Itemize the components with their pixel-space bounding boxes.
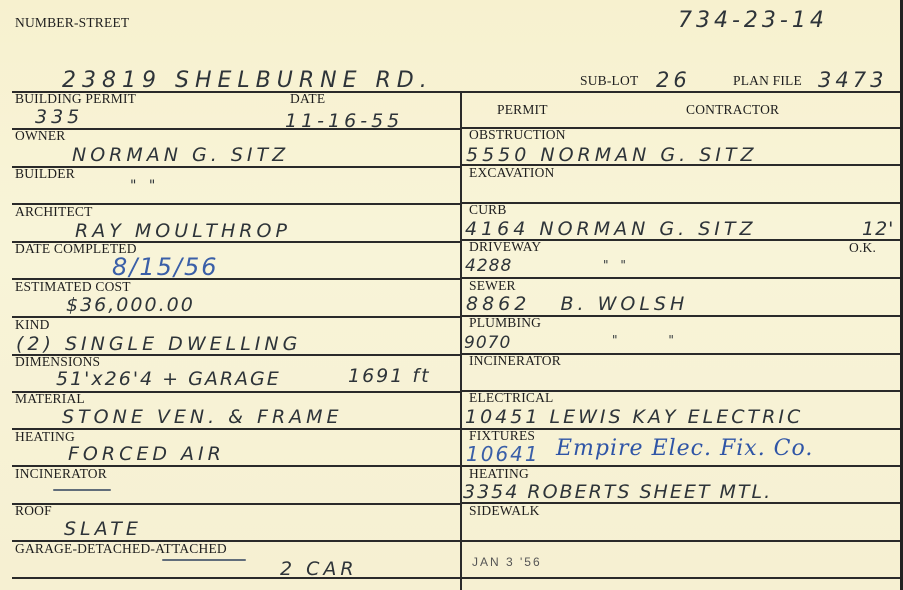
curb-label: CURB xyxy=(469,202,507,218)
electrical-label: ELECTRICAL xyxy=(469,390,554,406)
divider xyxy=(460,277,903,279)
kind-value: (2) SINGLE DWELLING xyxy=(16,333,301,355)
divider xyxy=(12,166,460,168)
divider xyxy=(12,91,903,93)
divider xyxy=(460,202,903,204)
building-permit-value: 335 xyxy=(35,106,83,128)
heating-permit-value: 3354 ROBERTS SHEET MTL. xyxy=(463,481,772,503)
building-permit-label: BUILDING PERMIT xyxy=(15,91,136,107)
sewer-value: 8862 B. WOLSH xyxy=(466,293,688,315)
sub-lot-value: 26 xyxy=(656,68,691,92)
electrical-value: 10451 LEWIS KAY ELECTRIC xyxy=(465,406,803,428)
sidewalk-label: SIDEWALK xyxy=(469,503,540,519)
heating-permit-label: HEATING xyxy=(469,466,529,482)
dimensions-area: 1691 ft xyxy=(348,365,431,387)
plan-file-label: PLAN FILE xyxy=(733,73,802,89)
column-divider xyxy=(460,91,462,590)
divider xyxy=(12,503,460,505)
fixtures-contractor: Empire Elec. Fix. Co. xyxy=(556,436,813,461)
builder-label: BUILDER xyxy=(15,166,75,182)
incinerator-permit-label: INCINERATOR xyxy=(469,353,561,369)
divider xyxy=(12,316,460,318)
material-value: STONE VEN. & FRAME xyxy=(62,406,343,428)
material-label: MATERIAL xyxy=(15,391,85,407)
kind-label: KIND xyxy=(15,317,50,333)
fixtures-permit: 10641 xyxy=(466,442,540,466)
obstruction-value: 5550 NORMAN G. SITZ xyxy=(466,144,758,166)
estimated-cost-value: $36,000.00 xyxy=(66,294,195,316)
divider xyxy=(12,577,460,579)
number-street-label: NUMBER-STREET xyxy=(15,15,129,31)
curb-value: 4164 NORMAN G. SITZ xyxy=(465,218,757,240)
excavation-label: EXCAVATION xyxy=(469,165,555,181)
heating-value: FORCED AIR xyxy=(68,443,225,465)
plumbing-ditto: " " xyxy=(612,333,678,347)
card-number: 734-23-14 xyxy=(678,8,828,33)
incinerator-underline xyxy=(53,489,111,491)
divider xyxy=(460,577,903,579)
driveway-permit: 4288 xyxy=(465,256,512,276)
driveway-label: DRIVEWAY xyxy=(469,239,541,255)
owner-label: OWNER xyxy=(15,128,66,144)
date-completed-value: 8/15/56 xyxy=(112,253,219,281)
sewer-label: SEWER xyxy=(469,278,516,294)
owner-value: NORMAN G. SITZ xyxy=(72,144,289,166)
permit-header: PERMIT xyxy=(497,102,548,118)
architect-label: ARCHITECT xyxy=(15,204,93,220)
plumbing-label: PLUMBING xyxy=(469,315,541,331)
divider xyxy=(460,540,903,542)
contractor-header: CONTRACTOR xyxy=(686,102,779,118)
architect-value: RAY MOULTHROP xyxy=(75,220,291,242)
attached-underline xyxy=(162,559,246,561)
heating-label: HEATING xyxy=(15,429,75,445)
divider xyxy=(12,128,460,130)
curb-length: 12' xyxy=(862,218,894,240)
obstruction-label: OBSTRUCTION xyxy=(469,127,566,143)
garage-label: GARAGE-DETACHED-ATTACHED xyxy=(15,541,227,557)
curb-status: O.K. xyxy=(849,240,876,256)
date-label: DATE xyxy=(290,91,325,107)
plan-file-value: 3473 xyxy=(818,68,887,92)
roof-value: SLATE xyxy=(64,518,142,540)
plumbing-permit: 9070 xyxy=(464,333,511,353)
dimensions-value: 51'x26'4 + GARAGE xyxy=(56,368,281,390)
sub-lot-label: SUB-LOT xyxy=(580,73,638,89)
incinerator-label: INCINERATOR xyxy=(15,466,107,482)
estimated-cost-label: ESTIMATED COST xyxy=(15,279,131,295)
divider xyxy=(12,428,460,430)
roof-label: ROOF xyxy=(15,503,52,519)
address-value: 23819 SHELBURNE RD. xyxy=(62,68,433,93)
builder-value: " " xyxy=(130,178,159,194)
received-date-stamp: JAN 3 '56 xyxy=(472,555,542,569)
driveway-ditto: " " xyxy=(603,258,630,272)
permit-record-card: NUMBER-STREET 734-23-14 23819 SHELBURNE … xyxy=(0,0,903,590)
